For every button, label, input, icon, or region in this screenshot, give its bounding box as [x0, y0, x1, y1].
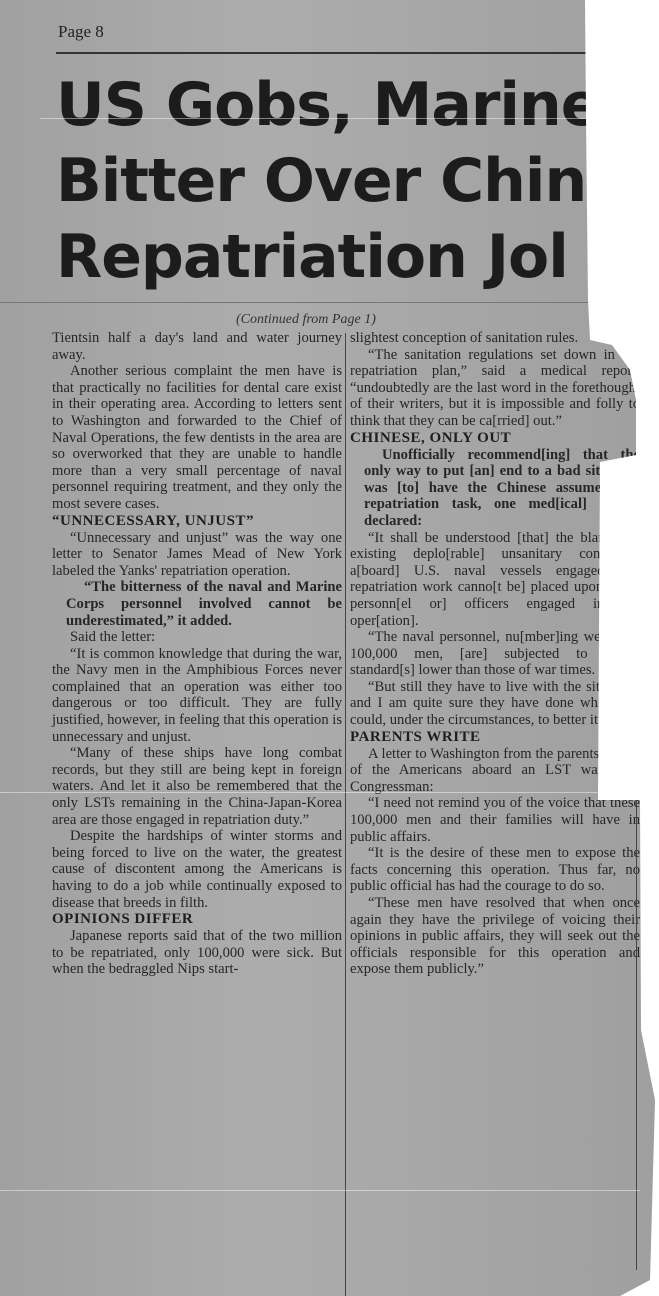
article-paragraph: “I need not remind you of the voice that… — [350, 795, 640, 845]
fold-crease — [0, 1190, 640, 1191]
headline-line-2: Bitter Over Chin — [56, 142, 616, 218]
headline-rule — [0, 302, 590, 303]
article-paragraph: “It is common knowledge that during the … — [52, 646, 342, 746]
article-paragraph: “These men have resolved that when once … — [350, 895, 640, 978]
article-paragraph: “The naval personnel, nu[mber]ing well o… — [350, 629, 640, 679]
page-number: Page 8 — [58, 22, 104, 42]
section-subhead: OPINIONS DIFFER — [52, 911, 342, 928]
article-paragraph: A letter to Washington from the parents … — [350, 746, 640, 796]
article-paragraph: “But still they have to live with the si… — [350, 679, 640, 729]
article-column-right: slightest conception of sanitation rules… — [350, 330, 640, 978]
article-paragraph: “It is the desire of these men to expose… — [350, 845, 640, 895]
article-column-left: Tientsin half a day's land and water jou… — [52, 330, 342, 978]
article-paragraph: Said the letter: — [52, 629, 342, 646]
fold-crease — [0, 792, 600, 793]
article-paragraph: “Unnecessary and unjust” was the way one… — [52, 530, 342, 580]
article-paragraph: Unofficially recommend[ing] that the onl… — [350, 447, 640, 530]
article-paragraph: “It shall be understood [that] the blame… — [350, 530, 640, 630]
newspaper-clipping: Page 8 US Gobs, Marine Bitter Over Chin … — [0, 0, 659, 1296]
article-paragraph: slightest conception of sanitation rules… — [350, 330, 640, 347]
article-paragraph: “Many of these ships have long combat re… — [52, 745, 342, 828]
article-paragraph: Tientsin half a day's land and water jou… — [52, 330, 342, 363]
headline-line-1: US Gobs, Marine — [56, 66, 616, 142]
headline: US Gobs, Marine Bitter Over Chin Repatri… — [56, 66, 616, 294]
header-rule — [56, 52, 586, 54]
article-paragraph: Another serious complaint the men have i… — [52, 363, 342, 512]
article-column-right-clip: slightest conception of sanitation rules… — [350, 330, 640, 1296]
column-divider — [345, 333, 346, 1296]
section-subhead: CHINESE, ONLY OUT — [350, 430, 640, 447]
column-edge-rule — [636, 800, 637, 1270]
section-subhead: “UNNECESSARY, UNJUST” — [52, 513, 342, 530]
continued-note: (Continued from Page 1) — [236, 312, 376, 328]
article-paragraph: Despite the hardships of winter storms a… — [52, 828, 342, 911]
article-paragraph: Japanese reports said that of the two mi… — [52, 928, 342, 978]
article-paragraph: “The sanitation regulations set down in … — [350, 347, 640, 430]
section-subhead: PARENTS WRITE — [350, 729, 640, 746]
fold-crease — [40, 118, 590, 119]
article-paragraph: “The bitterness of the naval and Marine … — [52, 579, 342, 629]
headline-line-3: Repatriation Jol — [56, 218, 616, 294]
